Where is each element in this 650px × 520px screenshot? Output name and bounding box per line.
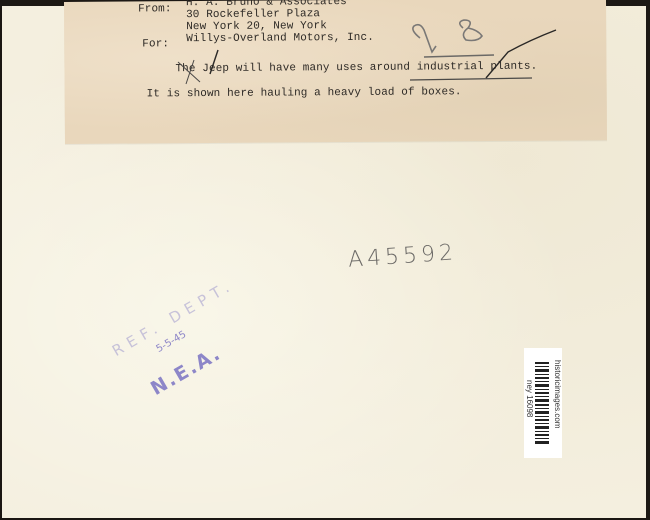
check-mark-left	[210, 50, 218, 74]
handwritten-eight	[460, 20, 482, 41]
cross-mark	[178, 60, 200, 84]
handwritten-nine	[413, 25, 436, 52]
check-mark-right	[486, 30, 556, 78]
underline-mark	[424, 55, 494, 57]
caption-underline	[410, 78, 532, 80]
sticker-site: historicimages.com	[553, 360, 562, 428]
barcode	[535, 362, 549, 444]
sticker-code: ney 16098	[525, 380, 534, 417]
